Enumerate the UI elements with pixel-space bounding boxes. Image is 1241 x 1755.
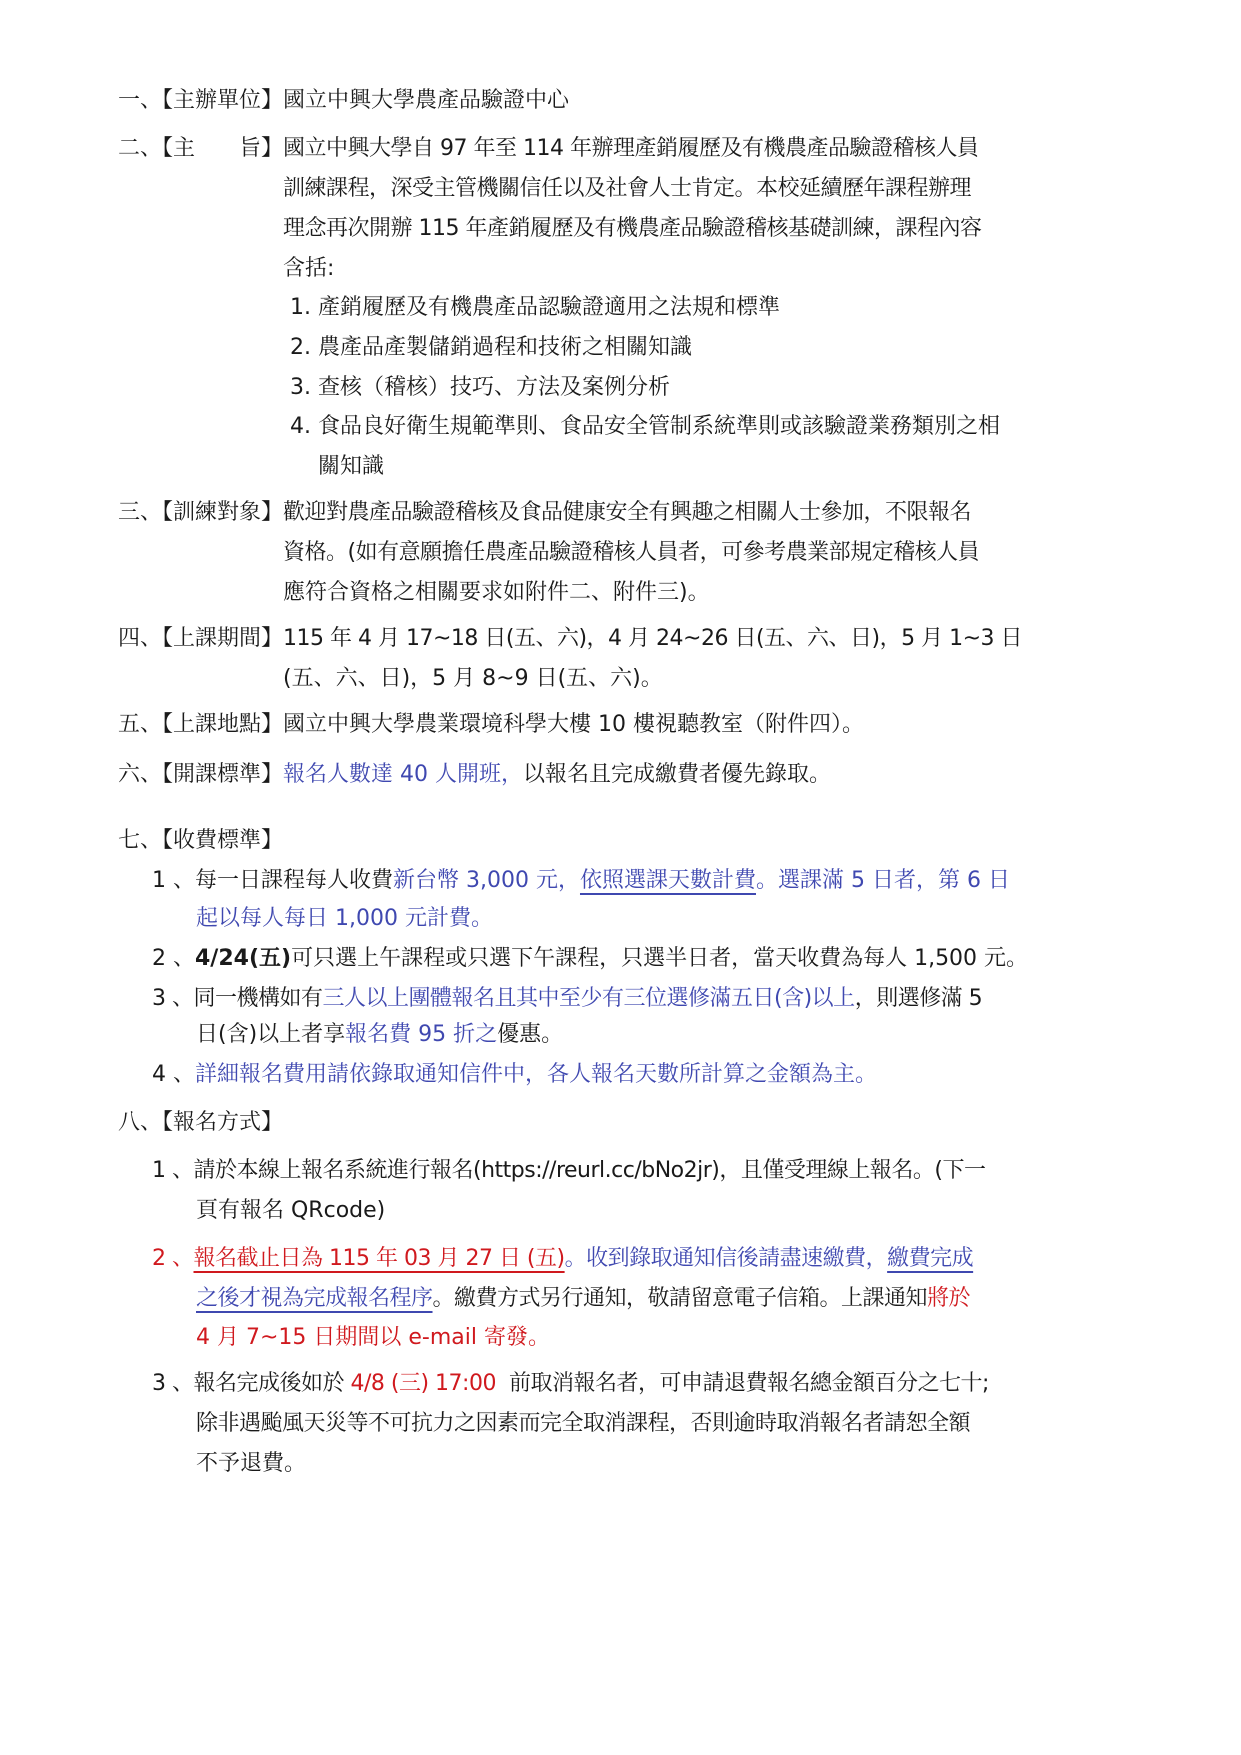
registration-item-2-cont: 之後才視為完成報名程序。繳費方式另行通知，敬請留意電子信箱。上課通知將於: [196, 1284, 970, 1314]
section-index: 六、: [118, 762, 162, 787]
audience-line-1: 歡迎對農產品驗證稽核及食品健康安全有興趣之相關人士參加，不限報名: [283, 498, 971, 528]
list-item: 2. 農產品產製儲銷過程和技術之相關知識: [290, 333, 692, 363]
section-index: 一、: [118, 88, 162, 113]
list-item-continuation: 關知識: [318, 452, 384, 482]
registration-item-3-cont2: 不予退費。: [196, 1449, 306, 1479]
audience-line-2: 資格。(如有意願擔任農產品驗證稽核人員者，可參考農業部規定稽核人員: [283, 538, 979, 568]
schedule-line-2: (五、六、日)，5 月 8~9 日(五、六)。: [283, 664, 663, 694]
section-7-heading: 七、【收費標準】: [118, 826, 283, 856]
section-label: 【主辦單位】: [162, 88, 283, 113]
list-item: 3. 查核（稽核）技巧、方法及案例分析: [290, 373, 670, 403]
section-5-heading: 五、【上課地點】: [118, 710, 283, 740]
fee-item-3: 3 、同一機構如有三人以上團體報名且其中至少有三位選修滿五日(含)以上，則選修滿…: [152, 984, 982, 1014]
section-label: 【上課地點】: [162, 712, 283, 737]
section-index: 七、: [118, 828, 162, 853]
section-label: 【上課期間】: [162, 626, 283, 651]
section-index: 二、: [118, 136, 162, 161]
section-8-heading: 八、【報名方式】: [118, 1108, 283, 1138]
registration-item-1: 1 、請於本線上報名系統進行報名(https://reurl.cc/bNo2jr…: [152, 1156, 985, 1186]
purpose-line-2: 訓練課程，深受主管機關信任以及社會人士肯定。本校延續歷年課程辦理: [283, 174, 971, 204]
registration-item-2: 2 、報名截止日為 115 年 03 月 27 日 (五)。收到錄取通知信後請盡…: [152, 1244, 973, 1274]
audience-line-3: 應符合資格之相關要求如附件二、附件三)。: [283, 578, 710, 608]
registration-item-1-cont: 頁有報名 QRcode): [196, 1196, 385, 1226]
fee-item-2: 2 、4/24(五)可只選上午課程或只選下午課程，只選半日者，當天收費為每人 1…: [152, 944, 1028, 974]
location-text: 國立中興大學農業環境科學大樓 10 樓視聽教室（附件四）。: [283, 710, 864, 740]
registration-item-3-cont: 除非遇颱風天災等不可抗力之因素而完全取消課程，否則逾時取消報名者請恕全額: [196, 1409, 970, 1439]
section-index: 八、: [118, 1110, 162, 1135]
section-label: 【報名方式】: [162, 1110, 283, 1135]
opening-standard: 報名人數達 40 人開班，以報名且完成繳費者優先錄取。: [283, 760, 831, 790]
section-label: 【訓練對象】: [162, 500, 283, 525]
section-1-heading: 一、【主辦單位】: [118, 86, 283, 116]
list-item: 4. 食品良好衛生規範準則、食品安全管制系統準則或該驗證業務類別之相: [290, 412, 1000, 442]
deadline-text: 報名截止日為 115 年 03 月 27 日 (五): [194, 1246, 565, 1271]
section-index: 三、: [118, 500, 162, 525]
section-3-heading: 三、【訓練對象】: [118, 498, 283, 528]
purpose-line-3: 理念再次開辦 115 年產銷履歷及有機農產品驗證稽核基礎訓練，課程內容: [283, 214, 981, 244]
registration-url-text: 請於本線上報名系統進行報名(https://reurl.cc/bNo2jr)，且…: [194, 1158, 986, 1183]
section-label: 【收費標準】: [162, 828, 283, 853]
section-label: 【開課標準】: [162, 762, 283, 787]
purpose-line-4: 含括:: [283, 254, 334, 284]
organizer-text: 國立中興大學農產品驗證中心: [283, 86, 569, 116]
section-label: 【主 旨】: [162, 136, 283, 161]
section-6-heading: 六、【開課標準】: [118, 760, 283, 790]
section-index: 五、: [118, 712, 162, 737]
list-item: 1. 產銷履歷及有機農產品認驗證適用之法規和標準: [290, 293, 780, 323]
fee-item-1-cont: 起以每人每日 1,000 元計費。: [196, 904, 493, 934]
registration-item-3: 3 、報名完成後如於 4/8 (三) 17:00 前取消報名者，可申請退費報名總…: [152, 1369, 989, 1399]
purpose-line-1: 國立中興大學自 97 年至 114 年辦理產銷履歷及有機農產品驗證稽核人員: [283, 134, 978, 164]
registration-item-2-cont2: 4 月 7~15 日期間以 e-mail 寄發。: [196, 1323, 550, 1353]
section-4-heading: 四、【上課期間】: [118, 624, 283, 654]
fee-item-3-cont: 日(含)以上者享報名費 95 折之優惠。: [196, 1020, 563, 1050]
schedule-line-1: 115 年 4 月 17~18 日(五、六)，4 月 24~26 日(五、六、日…: [283, 624, 1022, 654]
fee-item-4: 4 、詳細報名費用請依錄取通知信件中，各人報名天數所計算之金額為主。: [152, 1060, 877, 1090]
fee-item-1: 1 、每一日課程每人收費新台幣 3,000 元，依照選課天數計費。選課滿 5 日…: [152, 866, 1010, 896]
section-index: 四、: [118, 626, 162, 651]
section-2-heading: 二、【主 旨】: [118, 134, 283, 164]
